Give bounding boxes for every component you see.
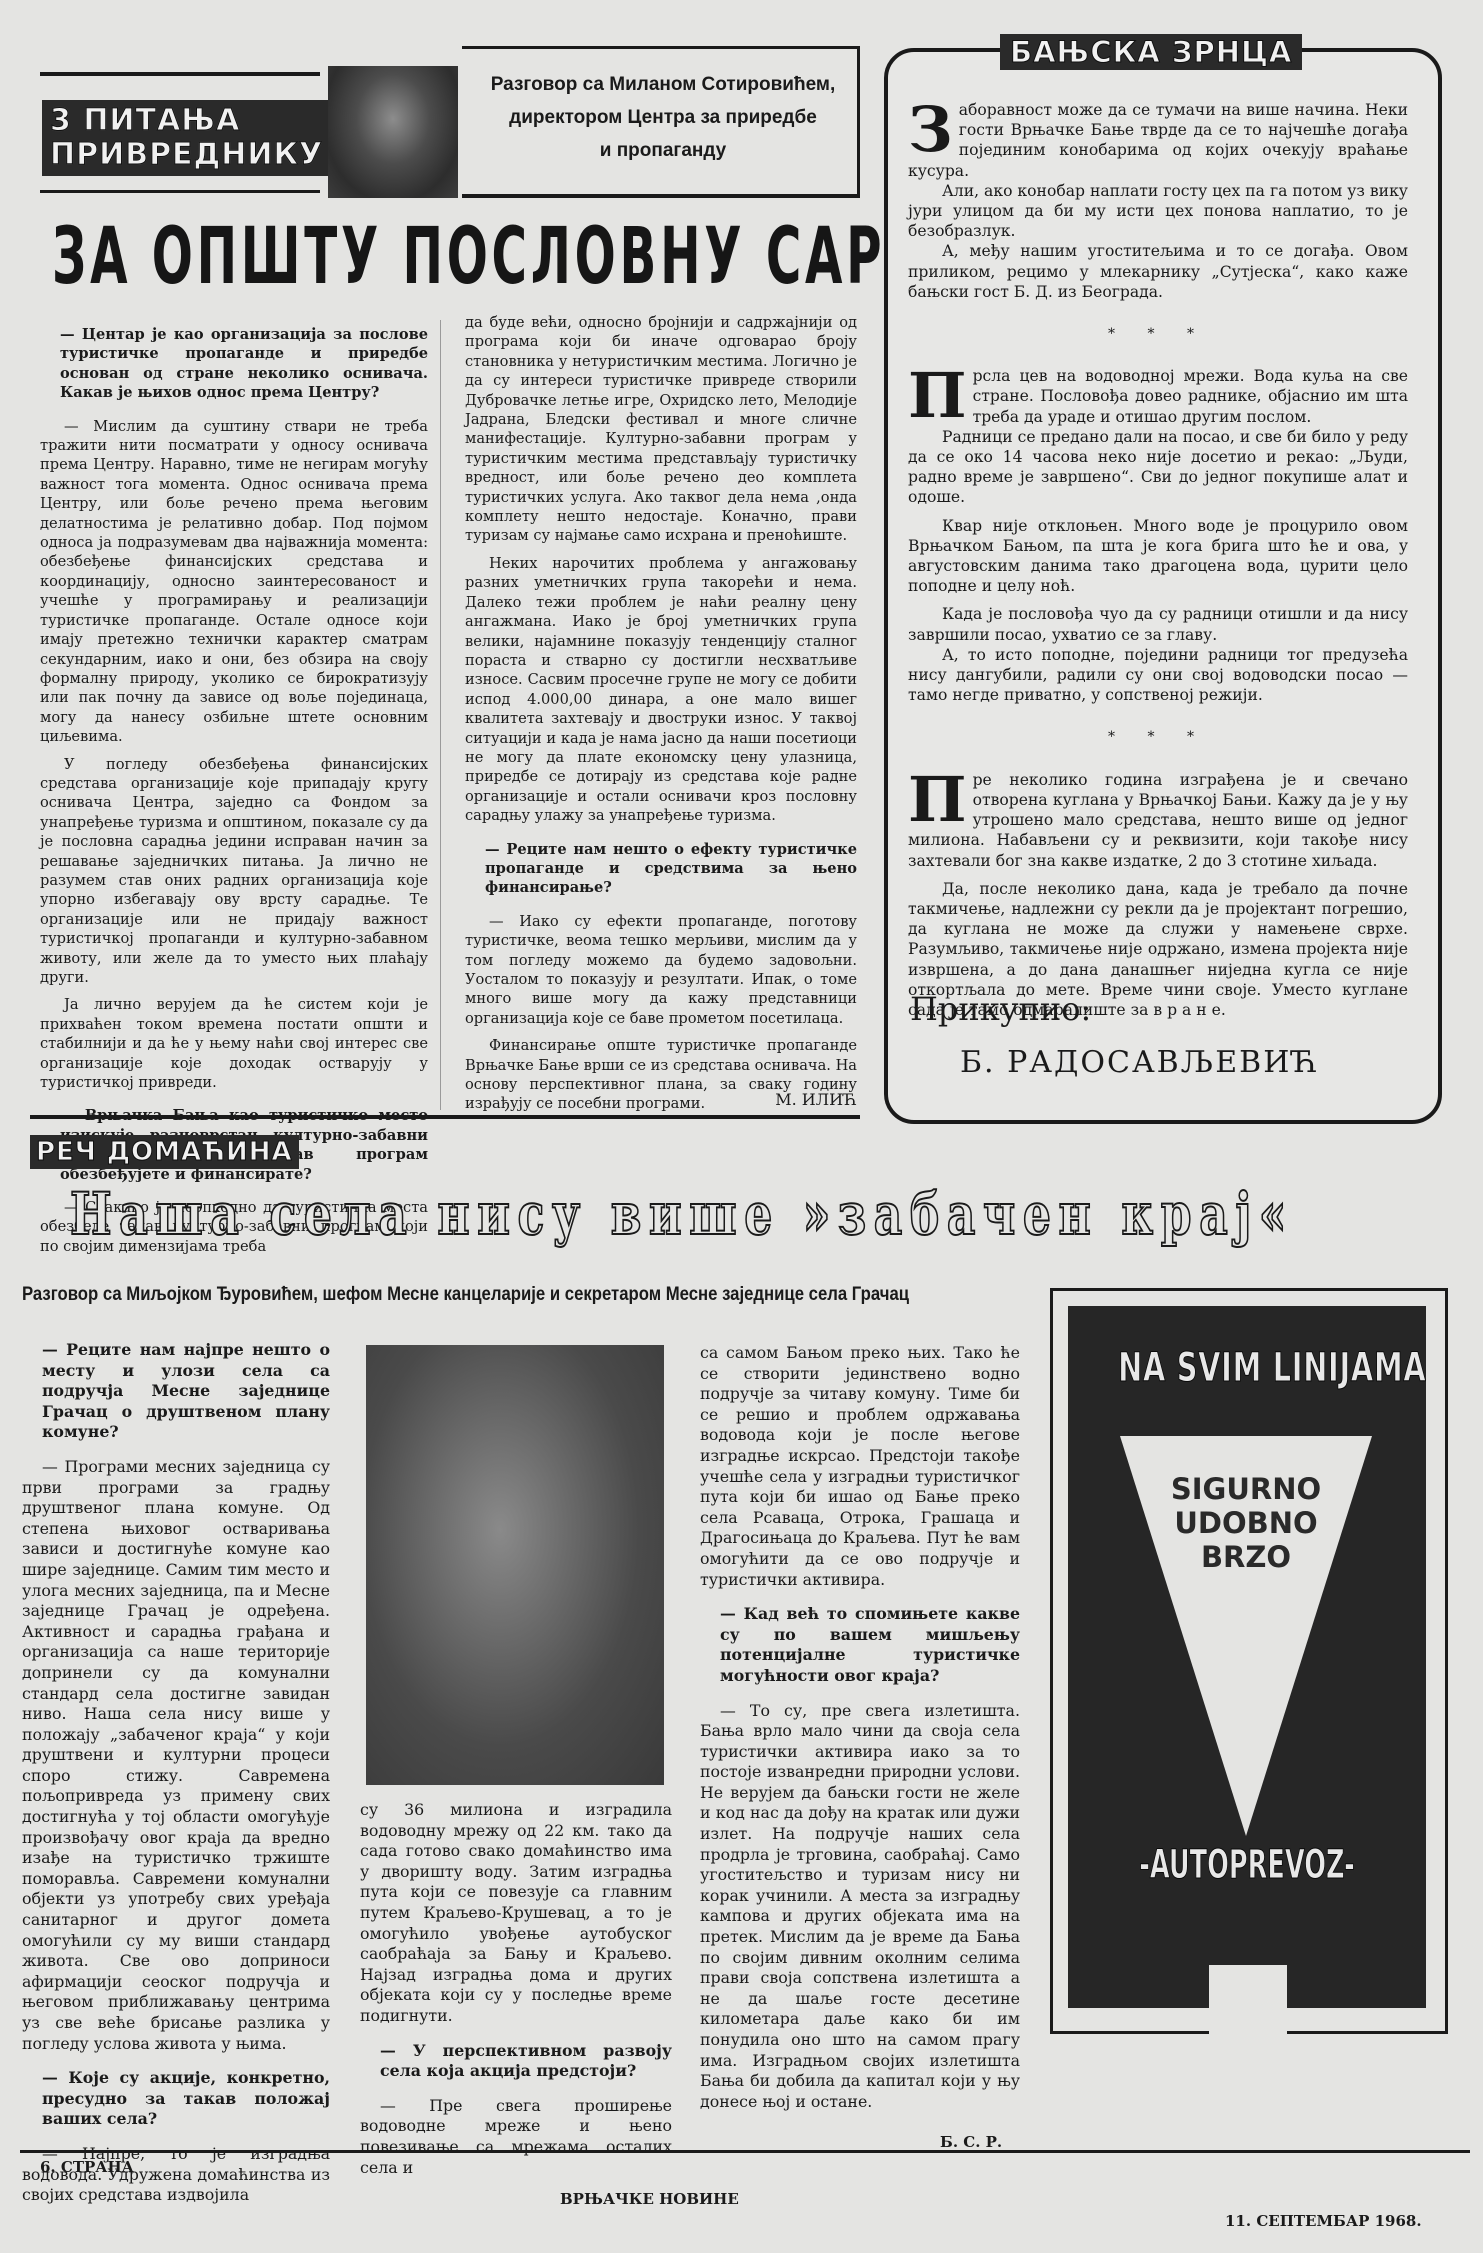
subtitle-line: Разговор са Миланом Сотировићем, [478, 68, 848, 101]
separator-stars: * * * [908, 727, 1408, 747]
paragraph: Неких нарочитих проблема у ангажовању ра… [465, 554, 857, 826]
subtitle-line: директором Центра за приредбе [478, 101, 848, 134]
header-rule-top [40, 72, 320, 76]
interview-question: — Реците нам најпре нешто о месту и улоз… [22, 1340, 330, 1443]
paragraph: Пре неколико година изграђена је и свеча… [908, 770, 1408, 871]
village-column-3: са самом Бањом преко њих. Тако ће се ств… [700, 1343, 1020, 2112]
ad-slogans: SIGURNO UDOBNO BRZO [1120, 1472, 1372, 1574]
paragraph: Заборавност може да се тумачи на више на… [908, 100, 1408, 181]
issue-date: 11. СЕПТЕМБАР 1968. [1225, 2212, 1422, 2230]
ad-headline: NA SVIM LINIJAMA [1118, 1345, 1376, 1391]
zrnca-title: БАЊСКА ЗРНЦА [1000, 34, 1302, 70]
village-headline: Наша села нису више »забачен крај« [70, 1180, 1294, 1248]
collected-label: Прикупио: [910, 990, 1091, 1028]
village-column-2: су 36 милиона и изградила водоводну мреж… [360, 1800, 672, 2178]
anecdote: Прсла цев на водоводној мрежи. Вода куља… [908, 366, 1408, 705]
zrnca-body: Заборавност може да се тумачи на више на… [908, 100, 1408, 1020]
interviewee-photo [328, 66, 458, 198]
ad-slogan: UDOBNO [1120, 1506, 1372, 1540]
interviewee-photo [366, 1345, 664, 1785]
header-rule-bottom [40, 190, 320, 193]
section-rule [30, 1115, 860, 1119]
paragraph: Ја лично верујем да ће систем који је пр… [40, 995, 428, 1092]
paragraph: Али, ако конобар наплати госту цех па га… [908, 181, 1408, 242]
column-divider [440, 320, 441, 1110]
paragraph: Радници се предано дали на посао, и све … [908, 427, 1408, 508]
interview-answer: — Мислим да суштину ствари не треба траж… [40, 417, 428, 747]
footer-rule [20, 2150, 1470, 2153]
interview-question: — Кад већ то спомињете какве су по вашем… [700, 1604, 1020, 1686]
paragraph: са самом Бањом преко њих. Тако ће се ств… [700, 1343, 1020, 1590]
paragraph: Прсла цев на водоводној мрежи. Вода куља… [908, 366, 1408, 427]
page-number: 6. СТРАНА [40, 2158, 134, 2176]
interview-answer: — Иако су ефекти пропаганде, поготову ту… [465, 912, 857, 1028]
kicker-line-1: 3 ПИТАЊА [50, 104, 320, 138]
collector-name: Б. РАДОСАВЉЕВИЋ [960, 1045, 1320, 1080]
paragraph: да буде већи, односно бројнији и садржај… [465, 313, 857, 546]
drop-cap: П [908, 370, 967, 422]
interview-question: — Које су акције, конкретно, пресудно за… [22, 2068, 330, 2130]
interview-subtitle: Разговор са Миланом Сотировићем, директо… [478, 68, 848, 167]
paragraph: У погледу обезбеђења финансијских средст… [40, 755, 428, 988]
interview-author: М. ИЛИЋ [760, 1090, 857, 1109]
ad-slogan: SIGURNO [1120, 1472, 1372, 1506]
paragraph: Квар није отклоњен. Много воде је процур… [908, 516, 1408, 597]
paragraph: Када је пословођа чуо да су радници отиш… [908, 604, 1408, 644]
interview-answer: — То су, пре свега излетишта. Бања врло … [700, 1701, 1020, 2113]
ad-company: -AUTOPREVOZ- [1132, 1842, 1361, 1888]
separator-stars: * * * [908, 324, 1408, 344]
interview-question: — Реците нам нешто о ефекту туристичке п… [465, 840, 857, 898]
village-column-1: — Реците нам најпре нешто о месту и улоз… [22, 1340, 330, 2206]
paragraph: су 36 милиона и изградила водоводну мреж… [360, 1800, 672, 2027]
anecdote: Пре неколико година изграђена је и свеча… [908, 770, 1408, 1020]
ad-slogan: BRZO [1120, 1540, 1372, 1574]
village-intro: Разговор са Миљојком Ђуровићем, шефом Ме… [22, 1282, 1008, 1307]
subtitle-line: и пропаганду [478, 134, 848, 167]
interview-answer: — Пре свега проширење водоводне мреже и … [360, 2096, 672, 2178]
kicker-line-2: ПРИВРЕДНИКУ [50, 138, 320, 172]
paragraph: А, међу нашим угоститељима и то се догађ… [908, 241, 1408, 302]
village-author: Б. С. Р. [940, 2133, 1002, 2151]
section-kicker: 3 ПИТАЊА ПРИВРЕДНИКУ [42, 100, 328, 176]
village-kicker: РЕЧ ДОМАЋИНА [30, 1135, 299, 1169]
ad-square [1209, 1965, 1287, 2043]
interview-question: — У перспективном развоју села која акци… [360, 2041, 672, 2082]
drop-cap: П [908, 774, 967, 826]
drop-cap: З [908, 104, 953, 156]
anecdote: Заборавност може да се тумачи на више на… [908, 100, 1408, 302]
interview-column-2: да буде већи, односно бројнији и садржај… [465, 313, 857, 1114]
paragraph: А, то исто поподне, поједини радници тог… [908, 645, 1408, 706]
newspaper-name: ВРЊАЧКЕ НОВИНЕ [560, 2190, 739, 2208]
interview-question: — Центар је као организација за послове … [40, 325, 428, 403]
interview-answer: — Програми месних заједница су први прог… [22, 1457, 330, 2054]
